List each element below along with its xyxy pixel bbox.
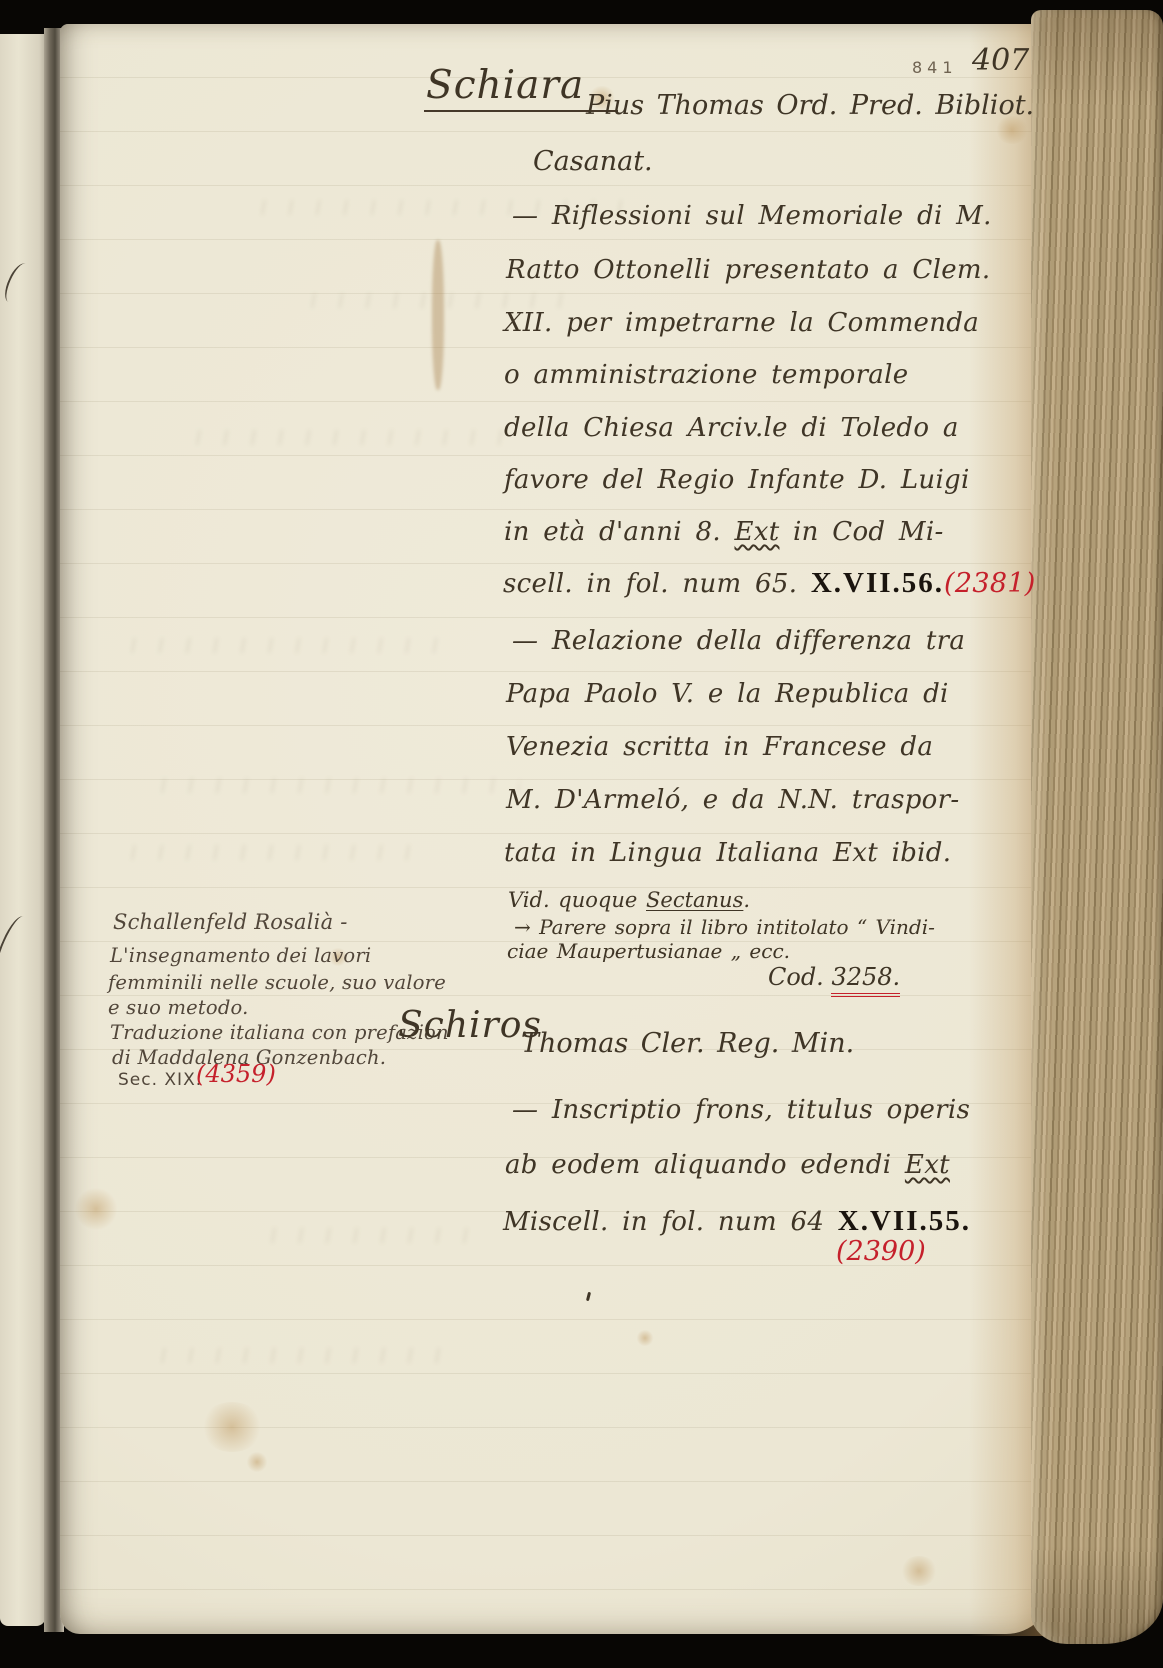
previous-page-edge xyxy=(0,34,46,1626)
entry-line: — Riflessioni sul Memoriale di M. xyxy=(512,203,992,229)
margin-note-line: femminili nelle scuole, suo valore xyxy=(108,973,446,993)
author-line-continued: Casanat. xyxy=(533,148,653,175)
foxing-spot xyxy=(74,1188,118,1230)
ghost-showthrough xyxy=(120,845,430,860)
entry-line: favore del Regio Infante D. Luigi xyxy=(504,467,970,493)
prev-page-ink-sliver xyxy=(0,260,34,306)
entry-line: Venezia scritta in Francese da xyxy=(506,734,933,760)
referenced-name: Sectanus xyxy=(646,888,743,912)
entry-line: — Relazione della differenza tra xyxy=(512,628,965,654)
margin-note-name: Schallenfeld Rosalià - xyxy=(113,912,348,933)
page-number: 407 xyxy=(972,46,1029,76)
ghost-showthrough xyxy=(120,638,450,653)
entry-line: Papa Paolo V. e la Republica di xyxy=(506,681,949,707)
ext-reference: Ext xyxy=(734,517,779,547)
ext-reference: Ext xyxy=(905,1150,950,1180)
entry-line-with-shelfmark: Miscell. in fol. num 64 X.VII.55. xyxy=(503,1207,971,1236)
ghost-showthrough xyxy=(150,1348,450,1363)
entry-line-text: in Cod Mi- xyxy=(779,517,943,547)
red-catalog-number: (2390) xyxy=(836,1238,926,1265)
entry-line: in età d'anni 8. Ext in Cod Mi- xyxy=(504,519,944,545)
ghost-showthrough xyxy=(185,430,515,445)
note-text: . xyxy=(743,888,750,912)
entry-line: XII. per impetrarne la Commenda xyxy=(504,310,979,336)
margin-note-line: L'insegnamento dei lavori xyxy=(110,946,371,966)
folio-stamp-number: 841 xyxy=(912,58,958,77)
entry-line: Ratto Ottonelli presentato a Clem. xyxy=(506,257,990,283)
author-line: Thomas Cler. Reg. Min. xyxy=(521,1030,854,1057)
entry-line: ab eodem aliquando edendi Ext xyxy=(505,1152,950,1178)
margin-note-line: e suo metodo. xyxy=(108,998,249,1018)
author-line: Pius Thomas Ord. Pred. Bibliot. xyxy=(586,92,1034,119)
entry-line: della Chiesa Arciv.le di Toledo a xyxy=(504,415,959,441)
entry-line: tata in Lingua Italiana Ext ibid. xyxy=(504,840,951,866)
shelfmark-bold: X.VII.56. xyxy=(811,567,944,599)
entry-line-text: scell. in fol. num 65. xyxy=(503,569,811,599)
note-text: Vid. quoque xyxy=(508,888,646,912)
foxing-spot xyxy=(636,1330,654,1346)
see-also-note: Vid. quoque Sectanus. xyxy=(508,890,750,911)
red-catalog-number: (2381) xyxy=(944,568,1036,599)
foxing-spot xyxy=(246,1452,268,1472)
paper-stain xyxy=(432,240,444,390)
codex-label: Cod. xyxy=(768,963,831,991)
entry-line: — Inscriptio frons, titulus operis xyxy=(512,1097,970,1123)
book-fore-edge xyxy=(1031,10,1163,1644)
ghost-showthrough xyxy=(150,778,520,793)
ghost-showthrough xyxy=(260,1228,490,1243)
entry-line-text: Miscell. in fol. num 64 xyxy=(503,1207,838,1237)
codex-reference: Cod. 3258. xyxy=(768,965,900,989)
manuscript-photo: 841 407 Schiara Pius Thomas Ord. Pred. B… xyxy=(0,0,1163,1668)
entry-line: o amministrazione temporale xyxy=(504,362,908,388)
foxing-spot xyxy=(900,1556,938,1586)
prev-page-ink-sliver xyxy=(0,913,31,975)
margin-note-century: Sec. XIX. xyxy=(118,1072,202,1089)
entry-line-text: in età d'anni 8. xyxy=(504,517,734,547)
shelfmark-bold: X.VII.55. xyxy=(838,1205,971,1237)
entry-line-with-shelfmark: scell. in fol. num 65. X.VII.56.(2381) xyxy=(503,569,1036,598)
added-note-line: → Parere sopra il libro intitolato “ Vin… xyxy=(514,917,935,937)
foxing-spot xyxy=(200,1402,264,1452)
red-catalog-number: (4359) xyxy=(196,1062,276,1086)
added-note-line: ciae Maupertusianae „ ecc. xyxy=(507,941,790,961)
entry-line-text: ab eodem aliquando edendi xyxy=(505,1150,905,1180)
entry-line: M. D'Armeló, e da N.N. traspor- xyxy=(506,787,959,813)
codex-number: 3258. xyxy=(831,963,900,997)
